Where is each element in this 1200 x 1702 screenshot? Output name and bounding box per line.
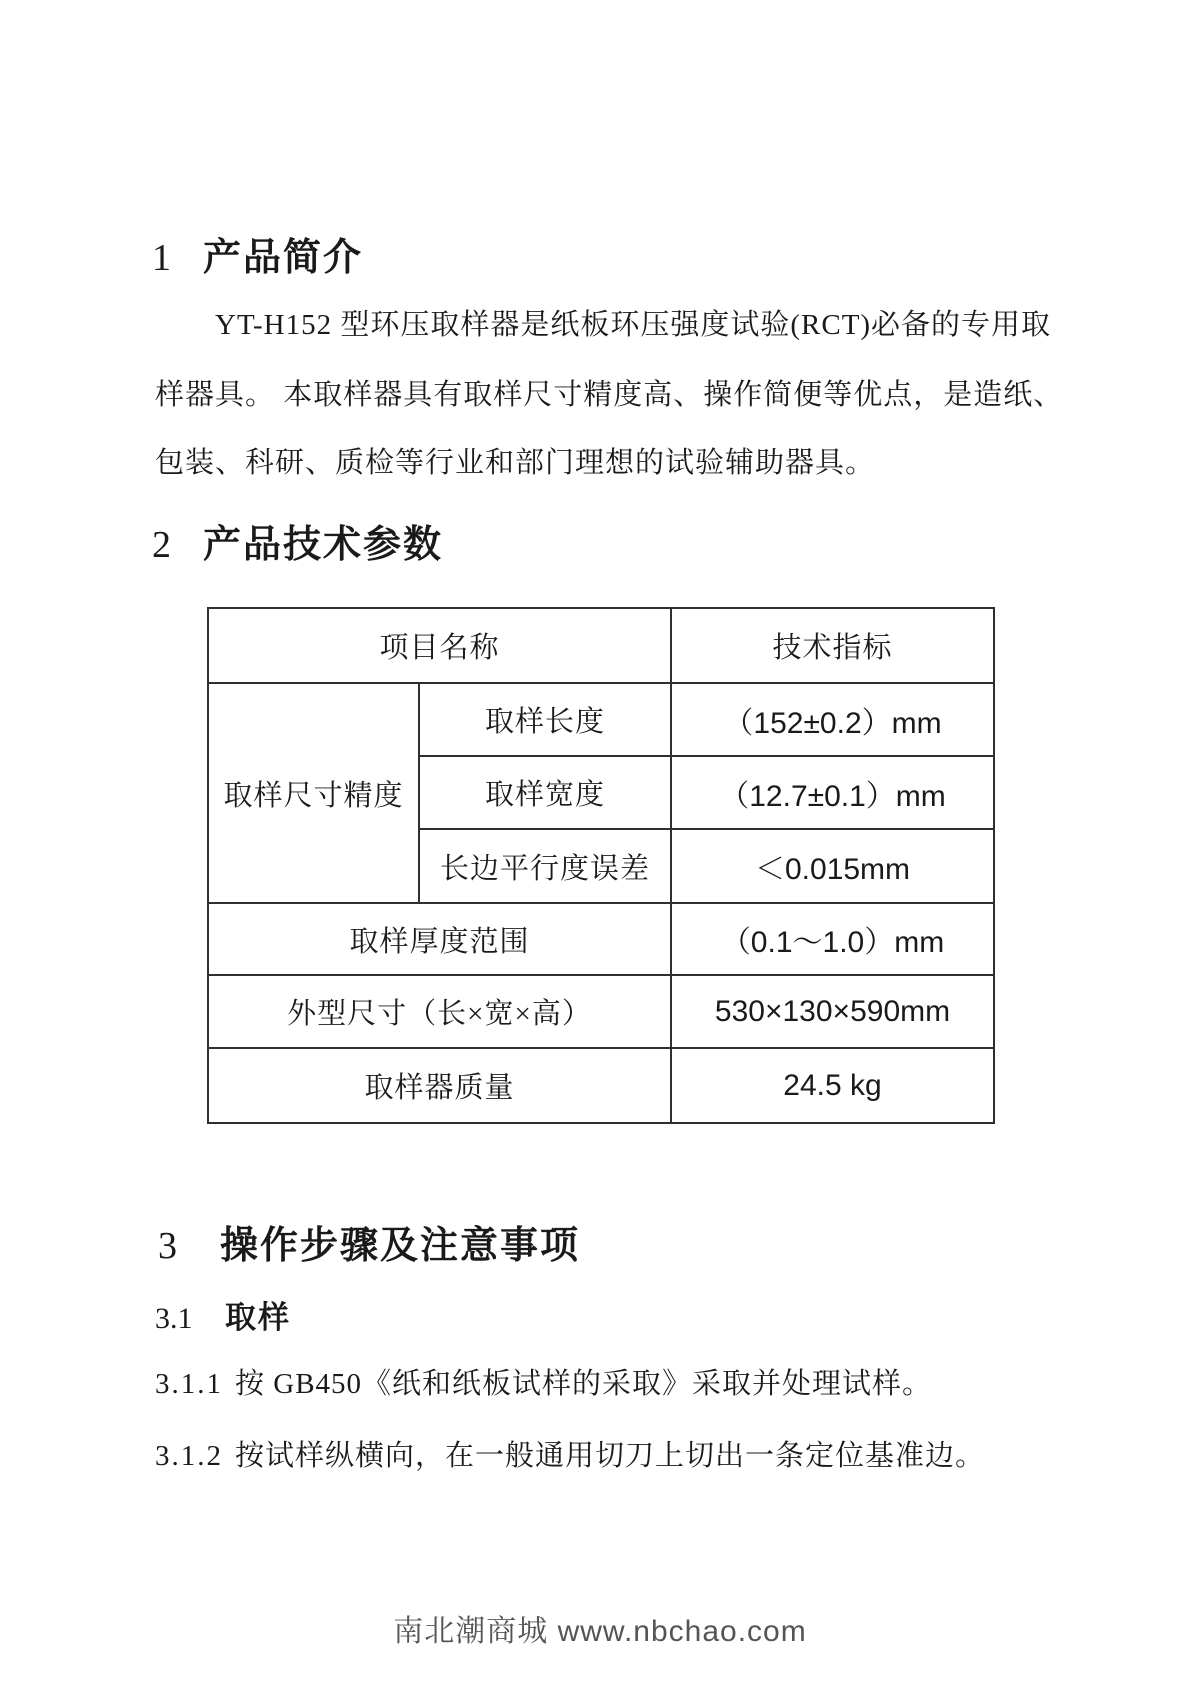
table-row: 取样器质量 24.5 kg [208, 1048, 994, 1123]
spec-label-cell: 取样器质量 [208, 1048, 671, 1123]
clause-3-1-1: 3.1.1按 GB450《纸和纸板试样的采取》采取并处理试样。 [155, 1364, 932, 1404]
header-cell-item: 项目名称 [208, 608, 671, 683]
clause-text: 按试样纵横向，在一般通用切刀上切出一条定位基准边。 [235, 1440, 985, 1472]
spec-label-cell: 取样厚度范围 [208, 903, 671, 975]
spec-value-cell: （152±0.2）mm [671, 683, 994, 756]
spec-value-cell: ＜0.015mm [671, 829, 994, 903]
section-number: 3 [158, 1224, 220, 1268]
spec-value-cell: （0.1～1.0）mm [671, 903, 994, 975]
spec-label-cell: 取样长度 [419, 683, 671, 756]
section-title: 取样 [225, 1292, 291, 1337]
spec-value-cell: 530×130×590mm [671, 975, 994, 1048]
intro-paragraph-line: 样器具。 本取样器具有取样尺寸精度高、操作简便等优点，是造纸、 [155, 375, 1063, 415]
footer-site-credit: 南北潮商城 www.nbchao.com [0, 1606, 1200, 1650]
table-row: 外型尺寸（长×宽×高） 530×130×590mm [208, 975, 994, 1048]
table-header-row: 项目名称 技术指标 [208, 608, 994, 683]
spec-label-cell: 外型尺寸（长×宽×高） [208, 975, 671, 1048]
group-label-cell: 取样尺寸精度 [208, 683, 419, 903]
section-3-1-heading: 3.1 取样 [155, 1292, 291, 1337]
header-cell-spec: 技术指标 [671, 608, 994, 683]
spec-value-cell: 24.5 kg [671, 1048, 994, 1123]
section-3-heading: 3 操作步骤及注意事项 [158, 1214, 580, 1269]
section-number: 3.1 [155, 1302, 225, 1336]
clause-text: 按 GB450《纸和纸板试样的采取》采取并处理试样。 [235, 1368, 932, 1400]
clause-3-1-2: 3.1.2按试样纵横向，在一般通用切刀上切出一条定位基准边。 [155, 1436, 985, 1476]
intro-paragraph-line: 包装、科研、质检等行业和部门理想的试验辅助器具。 [155, 443, 875, 483]
section-title: 操作步骤及注意事项 [220, 1214, 580, 1269]
clause-number: 3.1.2 [155, 1436, 235, 1476]
intro-paragraph-line: YT-H152 型环压取样器是纸板环压强度试验(RCT)必备的专用取 [215, 305, 1051, 345]
section-title: 产品技术参数 [203, 513, 443, 568]
clause-number: 3.1.1 [155, 1364, 235, 1404]
table-row: 取样厚度范围 （0.1～1.0）mm [208, 903, 994, 975]
spec-label-cell: 取样宽度 [419, 756, 671, 829]
section-title: 产品简介 [203, 226, 363, 281]
section-1-heading: 1 产品简介 [152, 226, 363, 281]
section-number: 2 [152, 523, 203, 567]
section-2-heading: 2 产品技术参数 [152, 513, 443, 568]
spec-value-cell: （12.7±0.1）mm [671, 756, 994, 829]
table-row: 取样尺寸精度 取样长度 （152±0.2）mm [208, 683, 994, 756]
document-page: 1 产品简介 YT-H152 型环压取样器是纸板环压强度试验(RCT)必备的专用… [0, 0, 1200, 1702]
spec-table: 项目名称 技术指标 取样尺寸精度 取样长度 （152±0.2）mm 取样宽度 （… [207, 607, 995, 1124]
section-number: 1 [152, 236, 203, 280]
spec-label-cell: 长边平行度误差 [419, 829, 671, 903]
